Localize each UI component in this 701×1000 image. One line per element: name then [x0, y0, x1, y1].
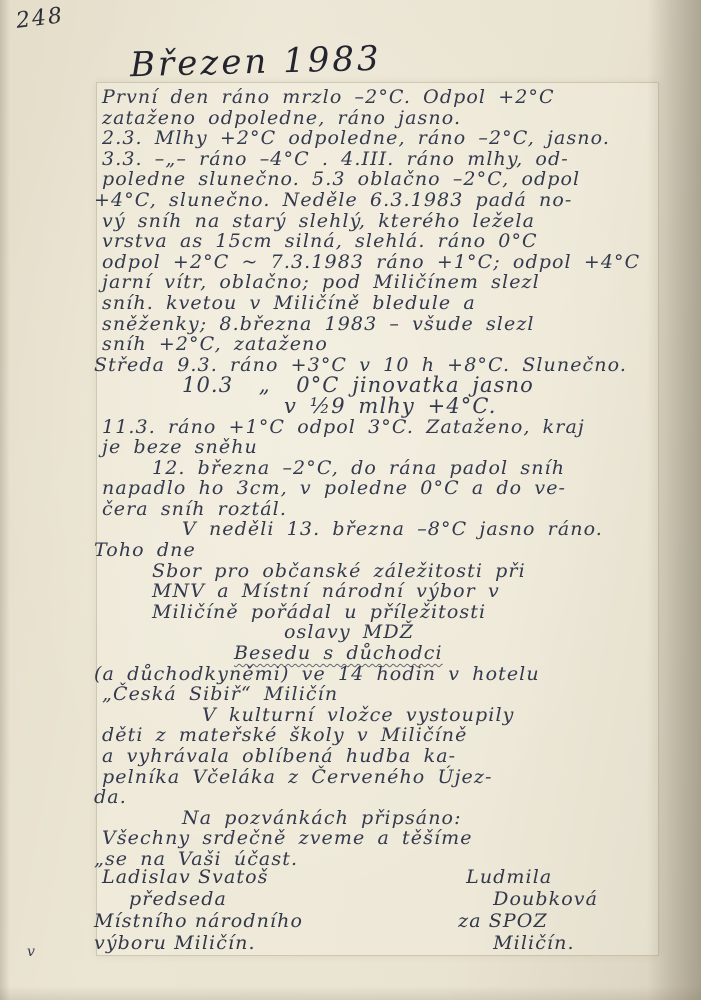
- handwritten-line: V neděli 13. března –8°C jasno ráno.: [94, 519, 660, 540]
- handwritten-line: oslavy MDŽ: [94, 622, 660, 643]
- handwritten-line: je beze sněhu: [94, 437, 660, 458]
- handwritten-line: V kulturní vložce vystoupily: [94, 705, 660, 726]
- handwritten-line: 10.3 „ 0°C jinovatka jasno: [94, 375, 660, 396]
- handwritten-line: děti z mateřské školy v Miličíně: [94, 725, 660, 746]
- handwritten-line: Všechny srdečně zveme a těšíme: [94, 828, 660, 849]
- page-number: 248: [15, 3, 66, 34]
- handwritten-line: sníh. kvetou v Miličíně bledule a: [94, 293, 660, 314]
- handwritten-line: pelníka Včeláka z Červeného Újez-: [94, 767, 660, 788]
- signature-line-left: Ladislav Svatoš: [94, 866, 303, 888]
- signature-line-left: Místního národního: [94, 910, 303, 932]
- handwritten-line: 12. března –2°C, do rána padol sníh: [94, 458, 660, 479]
- handwritten-line: vrstva as 15cm silná, slehlá. ráno 0°C: [94, 231, 660, 252]
- signature-right: LudmilaDoubkováza SPOZMiličín.: [458, 866, 598, 954]
- page-left-shadow: [0, 0, 10, 1000]
- handwritten-line: sněženky; 8.března 1983 – všude slezl: [94, 314, 660, 335]
- handwritten-line: Středa 9.3. ráno +3°C v 10 h +8°C. Slune…: [94, 355, 660, 376]
- handwritten-line: 11.3. ráno +1°C odpol 3°C. Zataženo, kra…: [94, 417, 660, 438]
- handwritten-line: napadlo ho 3cm, v poledne 0°C a do ve-: [94, 478, 660, 499]
- handwritten-line: odpol +2°C ~ 7.3.1983 ráno +1°C; odpol +…: [94, 252, 660, 273]
- handwritten-line: 3.3. –„– ráno –4°C . 4.III. ráno mlhy, o…: [94, 149, 660, 170]
- handwritten-line: Toho dne: [94, 540, 660, 561]
- handwritten-line: da.: [94, 787, 660, 808]
- body-lines: První den ráno mrzlo –2°C. Odpol +2°Czat…: [94, 87, 660, 870]
- handwritten-line: poledne slunečno. 5.3 oblačno –2°C, odpo…: [94, 169, 660, 190]
- signature-block: Ladislav SvatošpředsedaMístního národníh…: [94, 866, 650, 954]
- handwritten-line: v ½9 mlhy +4°C.: [94, 396, 660, 417]
- margin-mark: v: [27, 944, 35, 960]
- handwritten-line: 2.3. Mlhy +2°C odpoledne, ráno –2°C, jas…: [94, 128, 660, 149]
- handwritten-line: MNV a Místní národní výbor v: [94, 581, 660, 602]
- signature-line-right: Doubková: [458, 888, 598, 910]
- handwritten-line: „Česká Sibiř“ Miličín: [94, 684, 660, 705]
- handwritten-line: Na pozvánkách připsáno:: [94, 808, 660, 829]
- handwritten-line: První den ráno mrzlo –2°C. Odpol +2°C: [94, 87, 660, 108]
- handwritten-line: jarní vítr, oblačno; pod Miličínem slezl: [94, 272, 660, 293]
- signature-line-left: výboru Miličín.: [94, 932, 303, 954]
- page-title: Březen 1983: [130, 39, 383, 86]
- signature-left: Ladislav SvatošpředsedaMístního národníh…: [94, 866, 303, 954]
- handwritten-line: (a důchodkyněmi) ve 14 hodin v hotelu: [94, 664, 660, 685]
- signature-line-left: předseda: [94, 888, 303, 910]
- handwritten-line: a vyhrávala oblíbená hudba ka-: [94, 746, 660, 767]
- page-bottom-shadow: [0, 986, 701, 1000]
- handwritten-line: Miličíně pořádal u příležitosti: [94, 602, 660, 623]
- signature-line-right: Miličín.: [458, 932, 598, 954]
- handwritten-line: Sbor pro občanské záležitosti při: [94, 561, 660, 582]
- handwritten-line: čera sníh roztál.: [94, 499, 660, 520]
- handwritten-line: +4°C, slunečno. Neděle 6.3.1983 padá no-: [94, 190, 660, 211]
- handwritten-line: zataženo odpoledne, ráno jasno.: [94, 108, 660, 129]
- signature-line-right: za SPOZ: [458, 910, 598, 932]
- signature-line-right: Ludmila: [458, 866, 598, 888]
- chronicle-page-scan: 248 Březen 1983 První den ráno mrzlo –2°…: [0, 0, 701, 1000]
- handwritten-line: Besedu s důchodci: [94, 643, 660, 664]
- handwritten-line: sníh +2°C, zataženo: [94, 334, 660, 355]
- handwritten-line: vý sníh na starý slehlý, kterého ležela: [94, 211, 660, 232]
